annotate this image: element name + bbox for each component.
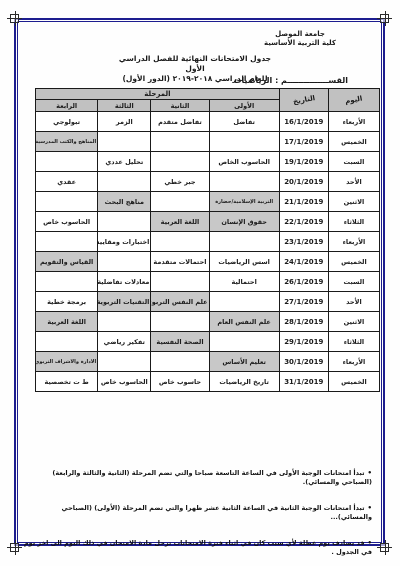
subject-cell (151, 232, 209, 252)
table-row: الأربعاء23/1/2019اختبارات ومقاييس (36, 232, 380, 252)
note-text: تبدأ امتحانات الوجبة الأولى في الساعة ال… (52, 469, 372, 486)
note-item: •تبدأ امتحانات الوجبة الثانية في الساعة … (22, 504, 372, 522)
subject-cell: التربية الإسلامية/حضارة (209, 192, 279, 212)
day-cell: الثلاثاء (328, 332, 379, 352)
day-cell: الأحد (328, 292, 379, 312)
date-cell: 24/1/2019 (279, 252, 328, 272)
subject-cell (209, 292, 279, 312)
table-row: الأربعاء30/1/2019تعليم الأساسالادارة وال… (36, 352, 380, 372)
subject-cell (151, 352, 209, 372)
date-cell: 29/1/2019 (279, 332, 328, 352)
day-cell: الأربعاء (328, 352, 379, 372)
subject-cell (36, 232, 98, 252)
subject-cell (98, 172, 151, 192)
stage-column-header: الثانية (151, 100, 209, 112)
subject-cell: عقدي (36, 172, 98, 192)
subject-cell: تبولوجي (36, 112, 98, 132)
date-cell: 19/1/2019 (279, 152, 328, 172)
subject-cell: اسس الرياضيات (209, 252, 279, 272)
subject-cell: تاريخ الرياضيات (209, 372, 279, 392)
notes-section: •تبدأ امتحانات الوجبة الأولى في الساعة ا… (22, 469, 372, 566)
date-cell: 26/1/2019 (279, 272, 328, 292)
subject-cell: احتمالية (209, 272, 279, 292)
day-cell: الأحد (328, 172, 379, 192)
day-cell: الخميس (328, 132, 379, 152)
table-row: السبت26/1/2019احتماليةمعادلات تفاضلية (36, 272, 380, 292)
college-name: كلية التربية الأساسية (264, 39, 336, 48)
table-row: الخميس17/1/2019المناهج والكتب المدرسية (36, 132, 380, 152)
subject-cell (151, 312, 209, 332)
exam-schedule-table: اليوم التاريخ المرحلة الأولىالثانيةالثال… (35, 88, 380, 392)
corner-ornament-icon (10, 14, 19, 23)
subject-cell (98, 312, 151, 332)
subject-cell: الصحة النفسية (151, 332, 209, 352)
date-cell: 16/1/2019 (279, 112, 328, 132)
subject-cell: القياس والتقويم (36, 252, 98, 272)
date-cell: 28/1/2019 (279, 312, 328, 332)
table-row: السبت19/1/2019الحاسوب الخاصتحليل عددي (36, 152, 380, 172)
table-row: الاثنين28/1/2019علم النفس العاماللغة الع… (36, 312, 380, 332)
day-column-header: اليوم (328, 89, 379, 112)
subject-cell: برمجة خطية (36, 292, 98, 312)
subject-cell: احتمالات متقدمة (151, 252, 209, 272)
subject-cell (98, 352, 151, 372)
subject-cell: حقوق الإنسان (209, 212, 279, 232)
bullet-icon: • (368, 469, 372, 478)
date-cell: 30/1/2019 (279, 352, 328, 372)
subject-cell: تعليم الأساس (209, 352, 279, 372)
subject-cell: تفاضل (209, 112, 279, 132)
corner-ornament-icon (10, 543, 19, 552)
day-cell: الثلاثاء (328, 212, 379, 232)
subject-cell (151, 192, 209, 212)
subject-cell (98, 132, 151, 152)
subject-cell (36, 332, 98, 352)
subject-cell: اللغة العربية (151, 212, 209, 232)
corner-ornament-icon (380, 543, 389, 552)
subject-cell (151, 132, 209, 152)
subject-cell (36, 152, 98, 172)
subject-cell (209, 132, 279, 152)
subject-cell (36, 192, 98, 212)
table-row: الخميس31/1/2019تاريخ الرياضياتحاسوب خاصا… (36, 372, 380, 392)
subject-cell: اللغة العربية (36, 312, 98, 332)
table-row: الثلاثاء29/1/2019الصحة النفسيةتفكير رياض… (36, 332, 380, 352)
university-name: جامعة الموصل (264, 30, 336, 39)
subject-cell (209, 172, 279, 192)
subject-cell (151, 152, 209, 172)
subject-cell: الزمر (98, 112, 151, 132)
day-cell: الأربعاء (328, 232, 379, 252)
subject-cell: علم النفس التربوي (151, 292, 209, 312)
subject-cell (98, 252, 151, 272)
corner-ornament-icon (380, 14, 389, 23)
subject-cell: التقنيات التربوية (98, 292, 151, 312)
note-item: •قد يصادف يوم عطلة لأي سبب كان في اثناء … (22, 539, 372, 557)
note-item: •تبدأ امتحانات الوجبة الأولى في الساعة ا… (22, 469, 372, 487)
stage-column-header: الرابعة (36, 100, 98, 112)
date-cell: 20/1/2019 (279, 172, 328, 192)
subject-cell: تفكير رياضي (98, 332, 151, 352)
day-cell: الأربعاء (328, 112, 379, 132)
subject-cell: ط ت تخصصية (36, 372, 98, 392)
subject-cell: الحاسوب خاص (36, 212, 98, 232)
table-row: الأربعاء16/1/2019تفاضلتفاضل متقدمالزمرتب… (36, 112, 380, 132)
subject-cell (209, 332, 279, 352)
date-cell: 21/1/2019 (279, 192, 328, 212)
table-row: الأحد20/1/2019جبر خطيعقدي (36, 172, 380, 192)
day-cell: الاثنين (328, 312, 379, 332)
department-line: القســـــــــــــــم : الرياضيات (234, 76, 348, 85)
table-row: الخميس24/1/2019اسس الرياضياتاحتمالات متق… (36, 252, 380, 272)
subject-cell: حاسوب خاص (151, 372, 209, 392)
day-cell: السبت (328, 272, 379, 292)
date-cell: 23/1/2019 (279, 232, 328, 252)
day-cell: الاثنين (328, 192, 379, 212)
org-header: جامعة الموصل كلية التربية الأساسية (264, 30, 336, 48)
day-cell: السبت (328, 152, 379, 172)
day-cell: الخميس (328, 252, 379, 272)
subject-cell: الحاسوب الخاص (209, 152, 279, 172)
subject-cell: اختبارات ومقاييس (98, 232, 151, 252)
date-column-header: التاريخ (279, 89, 328, 112)
subject-cell (209, 232, 279, 252)
table-row: الاثنين21/1/2019التربية الإسلامية/حضارةم… (36, 192, 380, 212)
table-row: الثلاثاء22/1/2019حقوق الإنساناللغة العرب… (36, 212, 380, 232)
subject-cell (36, 272, 98, 292)
stage-group-header: المرحلة (36, 89, 280, 100)
bullet-icon: • (368, 504, 372, 513)
subject-cell (151, 272, 209, 292)
bullet-icon: • (368, 539, 372, 548)
stage-column-header: الثالثة (98, 100, 151, 112)
note-text: تبدأ امتحانات الوجبة الثانية في الساعة ا… (62, 504, 372, 521)
subject-cell: الحاسوب خاص (98, 372, 151, 392)
document-page: جامعة الموصل كلية التربية الأساسية جدول … (0, 0, 400, 566)
subject-cell: المناهج والكتب المدرسية (36, 132, 98, 152)
note-text: قد يصادف يوم عطلة لأي سبب كان في اثناء ف… (24, 539, 372, 556)
title-line-1: جدول الامتحانات النهائية للفصل الدراسي ا… (110, 54, 280, 74)
subject-cell: جبر خطي (151, 172, 209, 192)
table-row: الأحد27/1/2019علم النفس التربويالتقنيات … (36, 292, 380, 312)
stage-column-header: الأولى (209, 100, 279, 112)
subject-cell (98, 212, 151, 232)
subject-cell: معادلات تفاضلية (98, 272, 151, 292)
subject-cell: مناهج البحث (98, 192, 151, 212)
date-cell: 22/1/2019 (279, 212, 328, 232)
subject-cell: الادارة والاشراف التربوي (36, 352, 98, 372)
day-cell: الخميس (328, 372, 379, 392)
date-cell: 27/1/2019 (279, 292, 328, 312)
subject-cell: تحليل عددي (98, 152, 151, 172)
subject-cell: علم النفس العام (209, 312, 279, 332)
date-cell: 17/1/2019 (279, 132, 328, 152)
date-cell: 31/1/2019 (279, 372, 328, 392)
subject-cell: تفاضل متقدم (151, 112, 209, 132)
